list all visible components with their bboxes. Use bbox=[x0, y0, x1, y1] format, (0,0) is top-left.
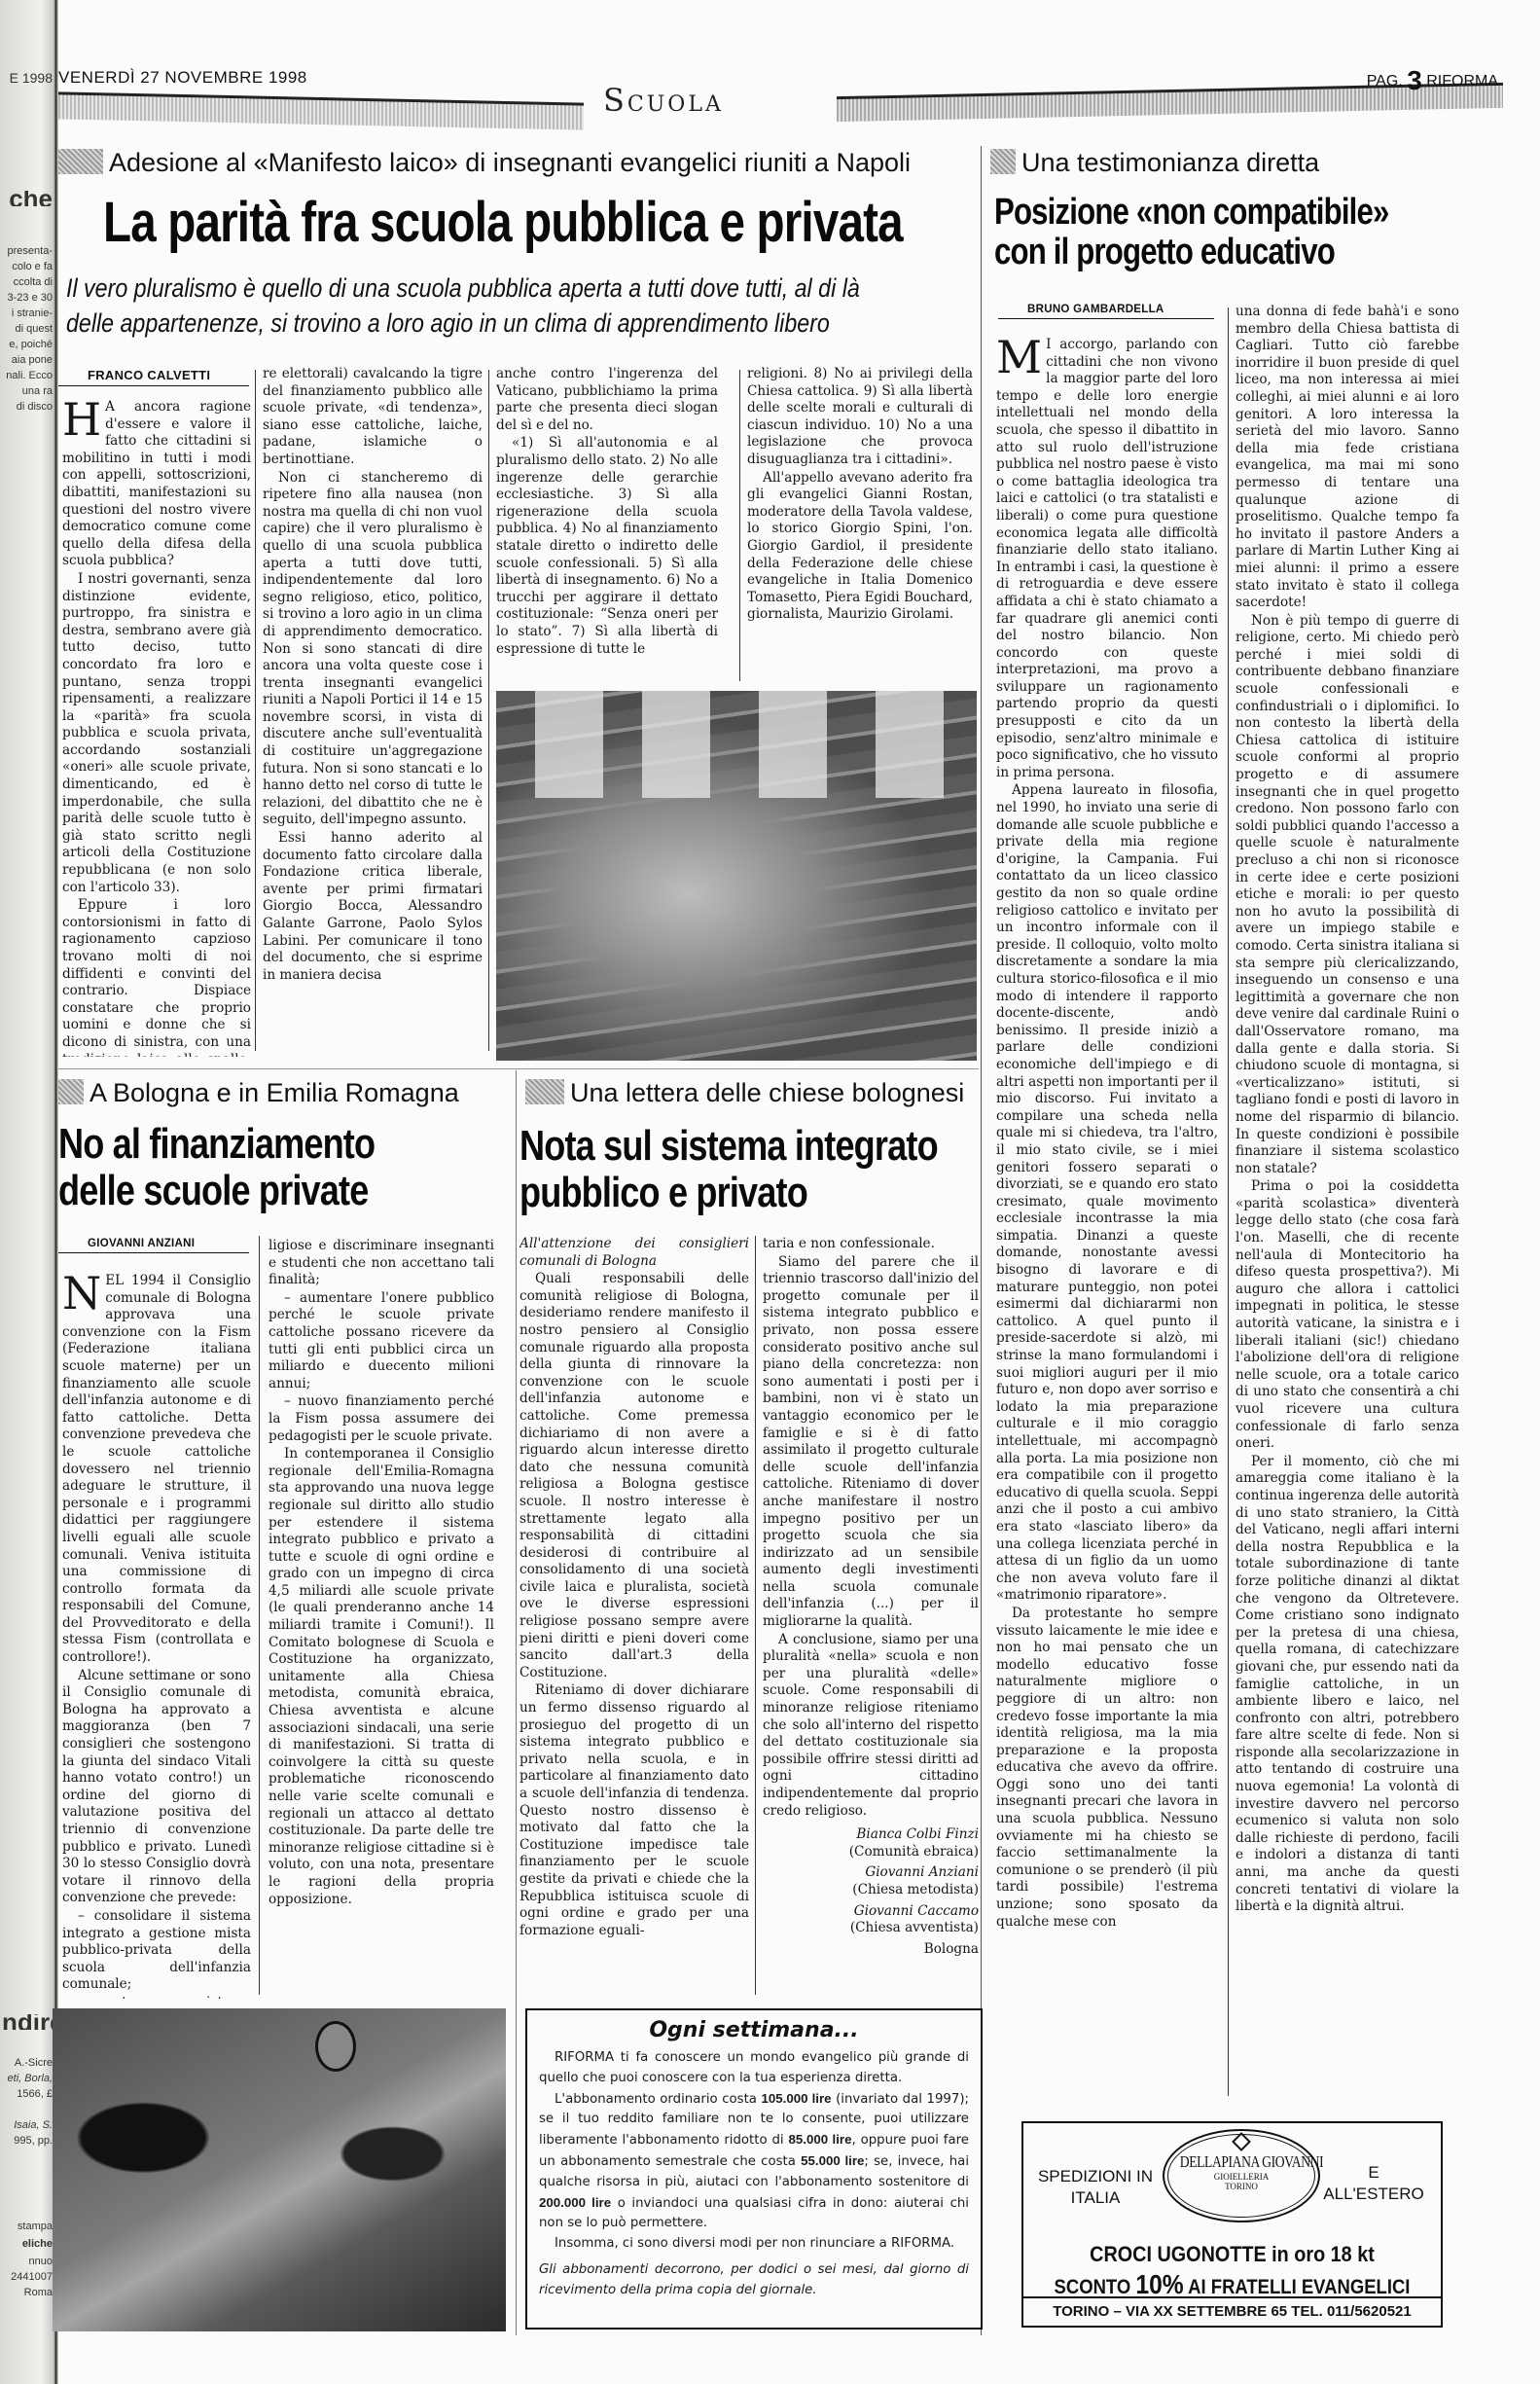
gutter-fragment: ndire bbox=[2, 2014, 53, 2030]
article-kicker: Una testimonianza diretta bbox=[990, 148, 1319, 178]
kicker-marker-icon bbox=[58, 1079, 84, 1104]
subheadline: Il vero pluralismo è quello di una scuol… bbox=[66, 271, 860, 341]
article-column: taria e non confessionale. Siamo del par… bbox=[763, 1236, 979, 1999]
subscription-box: Ogni settimana... RIFORMA ti fa conoscer… bbox=[525, 2008, 983, 2330]
signature-affiliation: (Comunità ebraica) bbox=[763, 1844, 979, 1861]
section-divider bbox=[58, 1068, 979, 1069]
column-rule bbox=[516, 1070, 517, 2335]
ad-shipping-italy: SPEDIZIONI IN ITALIA bbox=[1037, 2166, 1154, 2209]
gutter-fragment: eti, Borla, bbox=[2, 2071, 53, 2086]
gutter-fragment: che bbox=[2, 191, 53, 206]
signature-name: Giovanni Anziani bbox=[763, 1864, 979, 1882]
paper-name: RIFORMA bbox=[1426, 73, 1498, 90]
page-number: 3 bbox=[1407, 65, 1422, 95]
price-semester: 55.000 lire bbox=[801, 2153, 864, 2168]
article-column: All'attenzione dei consiglieri comunali … bbox=[519, 1236, 749, 1999]
jewelry-advertisement: SPEDIZIONI IN ITALIA DELLAPIANA GIOVANNI… bbox=[1021, 2121, 1443, 2328]
gutter-fragment: A.-Sicre bbox=[2, 2055, 53, 2071]
page-masthead: VENERDÌ 27 NOVEMBRE 1998 Scuola PAG. 3 R… bbox=[58, 60, 1537, 138]
kicker-marker-icon bbox=[990, 149, 1016, 174]
byline: GIOVANNI ANZIANI bbox=[58, 1238, 249, 1253]
gutter-fragment: eliche bbox=[2, 2236, 53, 2252]
signature-name: Bianca Colbi Finzi bbox=[763, 1826, 979, 1844]
price-reduced: 85.000 lire bbox=[789, 2132, 852, 2147]
kicker-marker-icon bbox=[58, 149, 103, 174]
column-rule bbox=[488, 370, 489, 1051]
signature-affiliation: (Chiesa metodista) bbox=[763, 1882, 979, 1899]
gutter-fragment: aia pone bbox=[2, 352, 53, 368]
drop-cap: M bbox=[996, 339, 1042, 376]
article-kicker: Adesione al «Manifesto laico» di insegna… bbox=[58, 148, 911, 178]
page-indicator: PAG. 3 RIFORMA bbox=[1367, 65, 1498, 96]
gutter-fragment: stampa bbox=[2, 2219, 53, 2234]
subheadline-line: Il vero pluralismo è quello di una scuol… bbox=[66, 271, 860, 306]
gutter-fragment: 1566, £ bbox=[2, 2086, 53, 2102]
kicker-text: A Bologna e in Emilia Romagna bbox=[90, 1078, 459, 1107]
article-column: religioni. 8) No ai privilegi della Chie… bbox=[747, 366, 973, 679]
section-title: Scuola bbox=[603, 82, 724, 119]
gutter-fragment: di disco bbox=[2, 399, 53, 415]
headline: La parità fra scuola pubblica e privata bbox=[103, 193, 903, 254]
gutter-fragment: 2441007 bbox=[2, 2269, 53, 2285]
article-column: anche contro l'ingerenza del Vaticano, p… bbox=[496, 366, 718, 679]
column-rule bbox=[255, 370, 256, 1051]
headline: Posizione «non compatibile» con il proge… bbox=[994, 193, 1389, 272]
kicker-marker-icon bbox=[525, 1079, 564, 1104]
ad-address: TORINO – VIA XX SETTEMBRE 65 TEL. 011/56… bbox=[1023, 2296, 1441, 2326]
signature-name: Giovanni Caccamo bbox=[763, 1903, 979, 1921]
page-column-rule bbox=[981, 146, 982, 2335]
article-column: ligiose e discriminare insegnanti e stud… bbox=[269, 1238, 494, 1999]
gutter-fragment: i stranie- bbox=[2, 306, 53, 321]
column-rule bbox=[739, 370, 740, 681]
drop-cap: H bbox=[62, 401, 101, 438]
subheadline-line: delle appartenenze, si trovino a loro ag… bbox=[66, 306, 860, 341]
article-column: re elettorali) cavalcando la tigre del f… bbox=[263, 366, 483, 1057]
gutter-fragment: e, poiché bbox=[2, 337, 53, 352]
price-ordinary: 105.000 lire bbox=[762, 2091, 832, 2106]
kicker-text: Adesione al «Manifesto laico» di insegna… bbox=[109, 148, 911, 177]
masthead-band-left bbox=[58, 91, 584, 129]
kicker-text: Una testimonianza diretta bbox=[1021, 148, 1319, 177]
page-label: PAG. bbox=[1367, 73, 1403, 90]
ad-product-line: CROCI UGONOTTE in oro 18 kt bbox=[1044, 2242, 1419, 2267]
article-column: NEL 1994 il Consiglio comunale di Bologn… bbox=[62, 1273, 251, 1999]
kicker-text: Una lettera delle chiese bolognesi bbox=[570, 1078, 964, 1107]
diamond-icon bbox=[1232, 2132, 1251, 2151]
headline: No al finanziamento delle scuole private bbox=[58, 1121, 375, 1213]
teachers-at-table-photo bbox=[53, 2008, 506, 2331]
drop-cap: N bbox=[62, 1275, 101, 1312]
column-rule bbox=[259, 1236, 260, 1995]
gutter-fragment: colo e fa bbox=[2, 259, 53, 274]
price-supporter: 200.000 lire bbox=[539, 2195, 611, 2210]
article-column: una donna di fede bahà'i e sono membro d… bbox=[1236, 304, 1459, 2096]
gutter-fragment: Isaia, S. bbox=[2, 2117, 53, 2133]
gutter-fragment: ccolta di bbox=[2, 274, 53, 290]
subscription-title: Ogni settimana... bbox=[539, 2018, 969, 2042]
gutter-fragment: 3-23 e 30 bbox=[2, 290, 53, 306]
gutter-fragment: nali. Ecco bbox=[2, 368, 53, 383]
signature-affiliation: (Chiesa avventista) bbox=[763, 1920, 979, 1937]
article-column: HA ancora ragione d'essere e valore il f… bbox=[62, 399, 251, 1057]
issue-date: VENERDÌ 27 NOVEMBRE 1998 bbox=[58, 68, 307, 88]
article-kicker: Una lettera delle chiese bolognesi bbox=[525, 1078, 964, 1108]
previous-page-gutter: E 1998 che presenta- colo e fa ccolta di… bbox=[0, 0, 58, 2384]
letter-place: Bologna bbox=[763, 1941, 979, 1959]
gutter-fragment: nnuo bbox=[2, 2254, 53, 2269]
gutter-fragment: Roma bbox=[2, 2285, 53, 2300]
gutter-fragment: una ra bbox=[2, 383, 53, 399]
byline: FRANCO CALVETTI bbox=[58, 368, 249, 386]
gutter-fragment: di quest bbox=[2, 321, 53, 337]
gutter-fragment: E 1998 bbox=[2, 70, 53, 86]
letter-salutation: All'attenzione dei consiglieri comunali … bbox=[519, 1236, 749, 1270]
jeweler-logo: DELLAPIANA GIOVANNI GIOIELLERIA TORINO bbox=[1163, 2129, 1320, 2222]
column-rule bbox=[755, 1236, 756, 1995]
column-rule bbox=[1228, 307, 1229, 2096]
article-column: MI accorgo, parlando con cittadini che n… bbox=[996, 337, 1218, 2096]
headline: Nota sul sistema integrato pubblico e pr… bbox=[519, 1123, 938, 1215]
gutter-fragment: 995, pp. bbox=[2, 2133, 53, 2149]
article-kicker: A Bologna e in Emilia Romagna bbox=[58, 1078, 459, 1108]
ad-shipping-abroad: E ALL'ESTERO bbox=[1320, 2162, 1427, 2205]
classroom-photo bbox=[496, 691, 977, 1061]
byline: BRUNO GAMBARDELLA bbox=[998, 304, 1214, 319]
gutter-fragment: presenta- bbox=[2, 243, 53, 259]
